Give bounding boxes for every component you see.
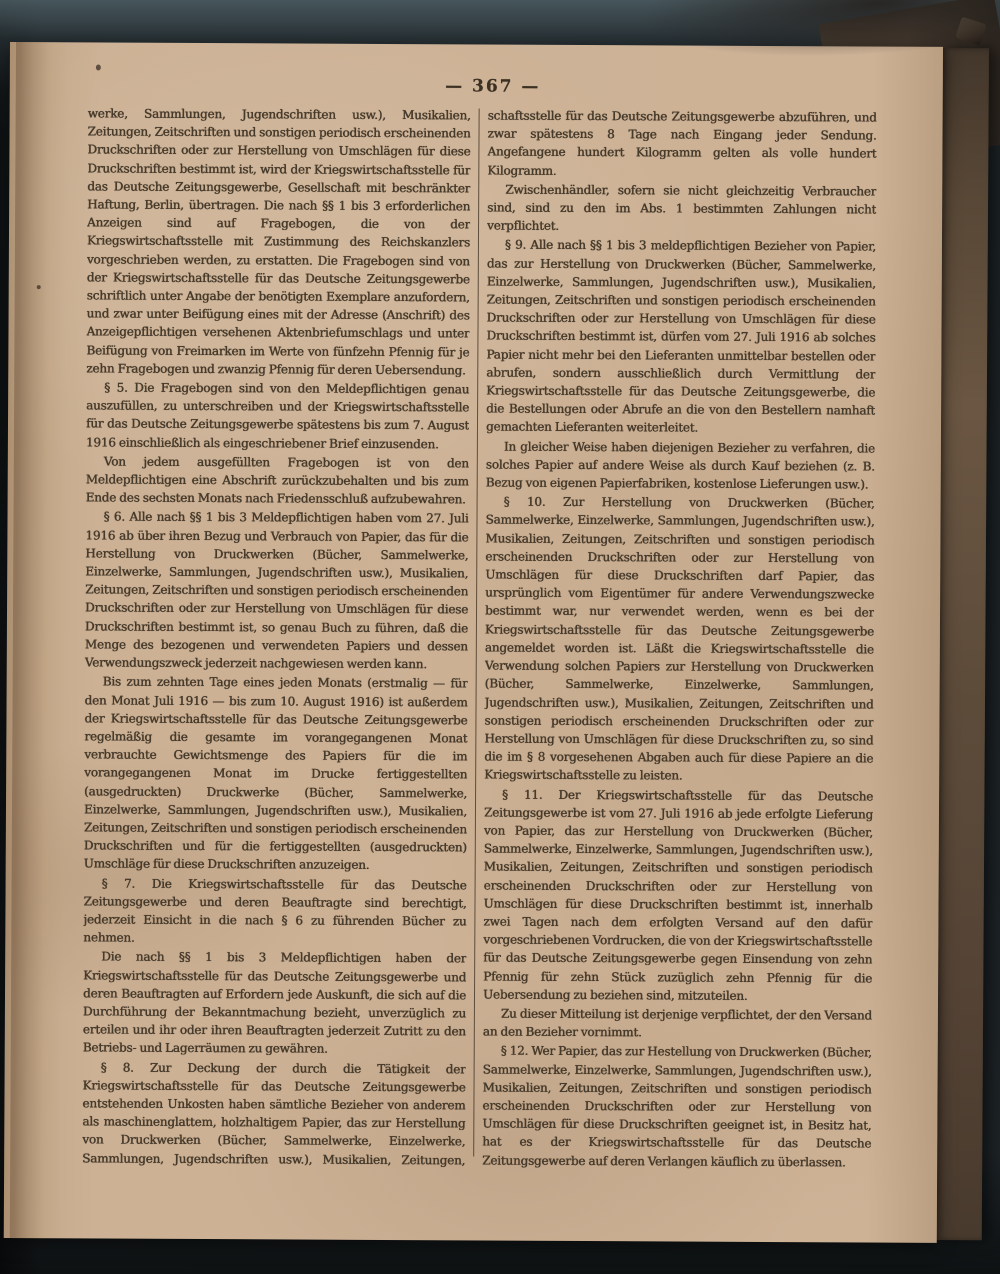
paragraph-section-10: § 10. Zur Herstellung von Druckwerken (B… bbox=[484, 493, 875, 786]
column-divider-rule bbox=[473, 108, 479, 1156]
text-columns: werke, Sammlungen, Jugendschriften usw.)… bbox=[82, 104, 878, 1170]
paragraph: Zwischenhändler, sofern sie nicht gleich… bbox=[487, 180, 876, 237]
paragraph: Die nach §§ 1 bis 3 Meldepflichtigen hab… bbox=[83, 948, 467, 1059]
paper-speck bbox=[96, 64, 101, 70]
paragraph-section-12: § 12. Wer Papier, das zur Hestellung von… bbox=[482, 1042, 872, 1171]
paragraph-section-6: § 6. Alle nach §§ 1 bis 3 Meldepflichtig… bbox=[85, 508, 469, 674]
paragraph-continuation: werke, Sammlungen, Jugendschriften usw.)… bbox=[86, 104, 470, 379]
paragraph-section-11: § 11. Der Kriegswirtschaftsstelle für da… bbox=[483, 785, 873, 1005]
scanned-page: — 367 — werke, Sammlungen, Jugendschrift… bbox=[4, 42, 943, 1243]
paragraph: Zu dieser Mitteilung ist derjenige verpf… bbox=[483, 1004, 872, 1042]
binding-fold-shadow bbox=[10, 42, 68, 1238]
paragraph-section-7: § 7. Die Kriegswirtschaftsstelle für das… bbox=[83, 874, 466, 949]
right-column: schaftsstelle für das Deutsche Zeitungsg… bbox=[482, 107, 877, 1171]
paper-speck bbox=[37, 285, 41, 289]
left-column: werke, Sammlungen, Jugendschriften usw.)… bbox=[82, 104, 471, 1168]
paragraph: Von jedem ausgefüllten Fragebogen ist vo… bbox=[86, 452, 469, 509]
paragraph: In gleicher Weise haben diejenigen Bezie… bbox=[486, 437, 875, 494]
paragraph-section-9: § 9. Alle nach §§ 1 bis 3 meldepflichtig… bbox=[486, 236, 876, 438]
paragraph-section-5: § 5. Die Fragebogen sind von den Meldepf… bbox=[86, 378, 469, 453]
paragraph: Bis zum zehnten Tage eines jeden Monats … bbox=[84, 673, 468, 875]
paragraph-section-8: § 8. Zur Deckung der durch die Tätigkeit… bbox=[82, 1058, 466, 1168]
paragraph-continuation: schaftsstelle für das Deutsche Zeitungsg… bbox=[487, 107, 876, 182]
book-scan-scene: — 367 — werke, Sammlungen, Jugendschrift… bbox=[0, 0, 1000, 1274]
